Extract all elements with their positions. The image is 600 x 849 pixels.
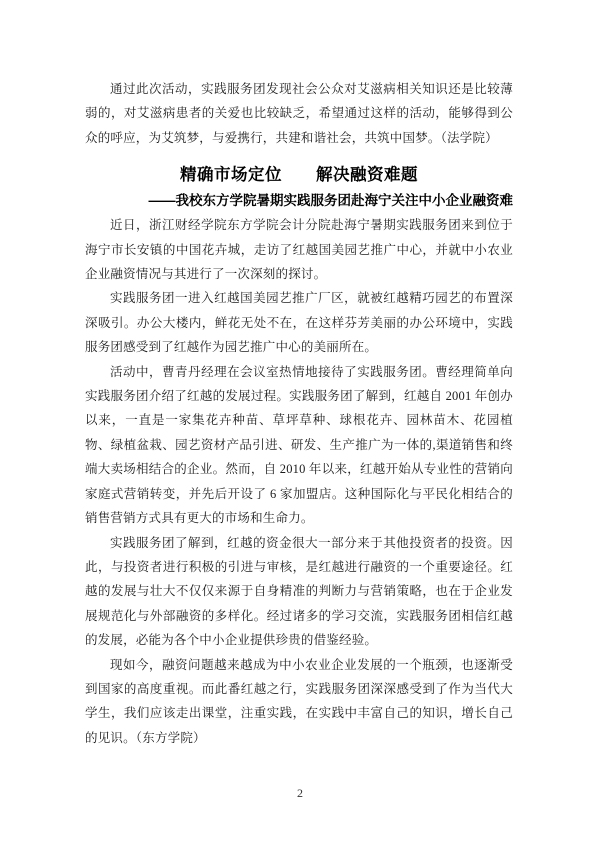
- page-content: 通过此次活动，实践服务团发现社会公众对艾滋病相关知识还是比较薄弱的，对艾滋病患者…: [85, 77, 513, 750]
- body-paragraph-1: 近日，浙江财经学院东方学院会计分院赴海宁暑期实践服务团来到位于海宁市长安镇的中国…: [85, 213, 513, 286]
- body-paragraph-4: 实践服务团了解到，红越的资金很大一部分来于其他投资者的投资。因此，与投资者进行积…: [85, 531, 513, 653]
- page-number: 2: [0, 786, 600, 801]
- body-paragraph-5: 现如今，融资问题越来越成为中小农业企业发展的一个瓶颈，也逐渐受到国家的高度重视。…: [85, 653, 513, 751]
- body-paragraph-2: 实践服务团一进入红越国美园艺推广厂区，就被红越精巧园艺的布置深深吸引。办公大楼内…: [85, 286, 513, 359]
- document-page: 通过此次活动，实践服务团发现社会公众对艾滋病相关知识还是比较薄弱的，对艾滋病患者…: [0, 0, 600, 849]
- intro-paragraph: 通过此次活动，实践服务团发现社会公众对艾滋病相关知识还是比较薄弱的，对艾滋病患者…: [85, 77, 513, 150]
- article-subtitle: ——我校东方学院暑期实践服务团赴海宁关注中小企业融资难: [85, 188, 513, 213]
- article-title: 精确市场定位 解决融资难题: [85, 162, 513, 188]
- body-paragraph-3: 活动中，曹青丹经理在会议室热情地接待了实践服务团。曹经理简单向实践服务团介绍了红…: [85, 360, 513, 531]
